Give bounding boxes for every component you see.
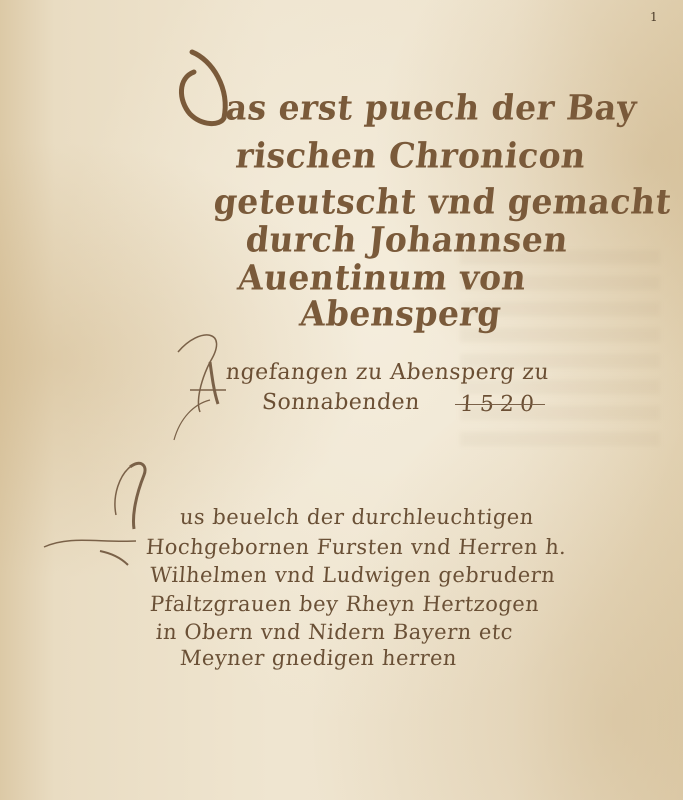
manuscript-page: 1 as erst puech der Bay rischen Chronico…: [0, 0, 683, 800]
title-line-5: Auentinum von: [236, 257, 529, 298]
dedication-line-6: Meyner gnedigen herren: [179, 646, 458, 670]
title-line-3: geteutscht vnd gemacht: [212, 181, 674, 222]
dedication-line-1: us beuelch der durchleuchtigen: [179, 505, 535, 529]
dedication-line-3: Wilhelmen vnd Ludwigen gebrudern: [149, 563, 556, 587]
folio-number: 1: [650, 10, 658, 24]
dedication-line-5: in Obern vnd Nidern Bayern etc: [155, 620, 514, 644]
start-line-2: Sonnabenden: [261, 390, 421, 415]
start-line-1: ngefangen zu Abensperg zu: [225, 360, 550, 385]
dedication-line-2: Hochgebornen Fursten vnd Herren h.: [145, 535, 567, 559]
title-line-6: Abensperg: [298, 293, 504, 334]
year-underline: [455, 404, 545, 405]
title-line-4: durch Johannsen: [244, 219, 570, 260]
title-line-1: as erst puech der Bay: [224, 87, 639, 128]
title-line-2: rischen Chronicon: [234, 135, 588, 176]
dedication-line-4: Pfaltzgrauen bey Rheyn Hertzogen: [149, 592, 540, 616]
initial-a-dedication-flourish: [40, 455, 160, 575]
